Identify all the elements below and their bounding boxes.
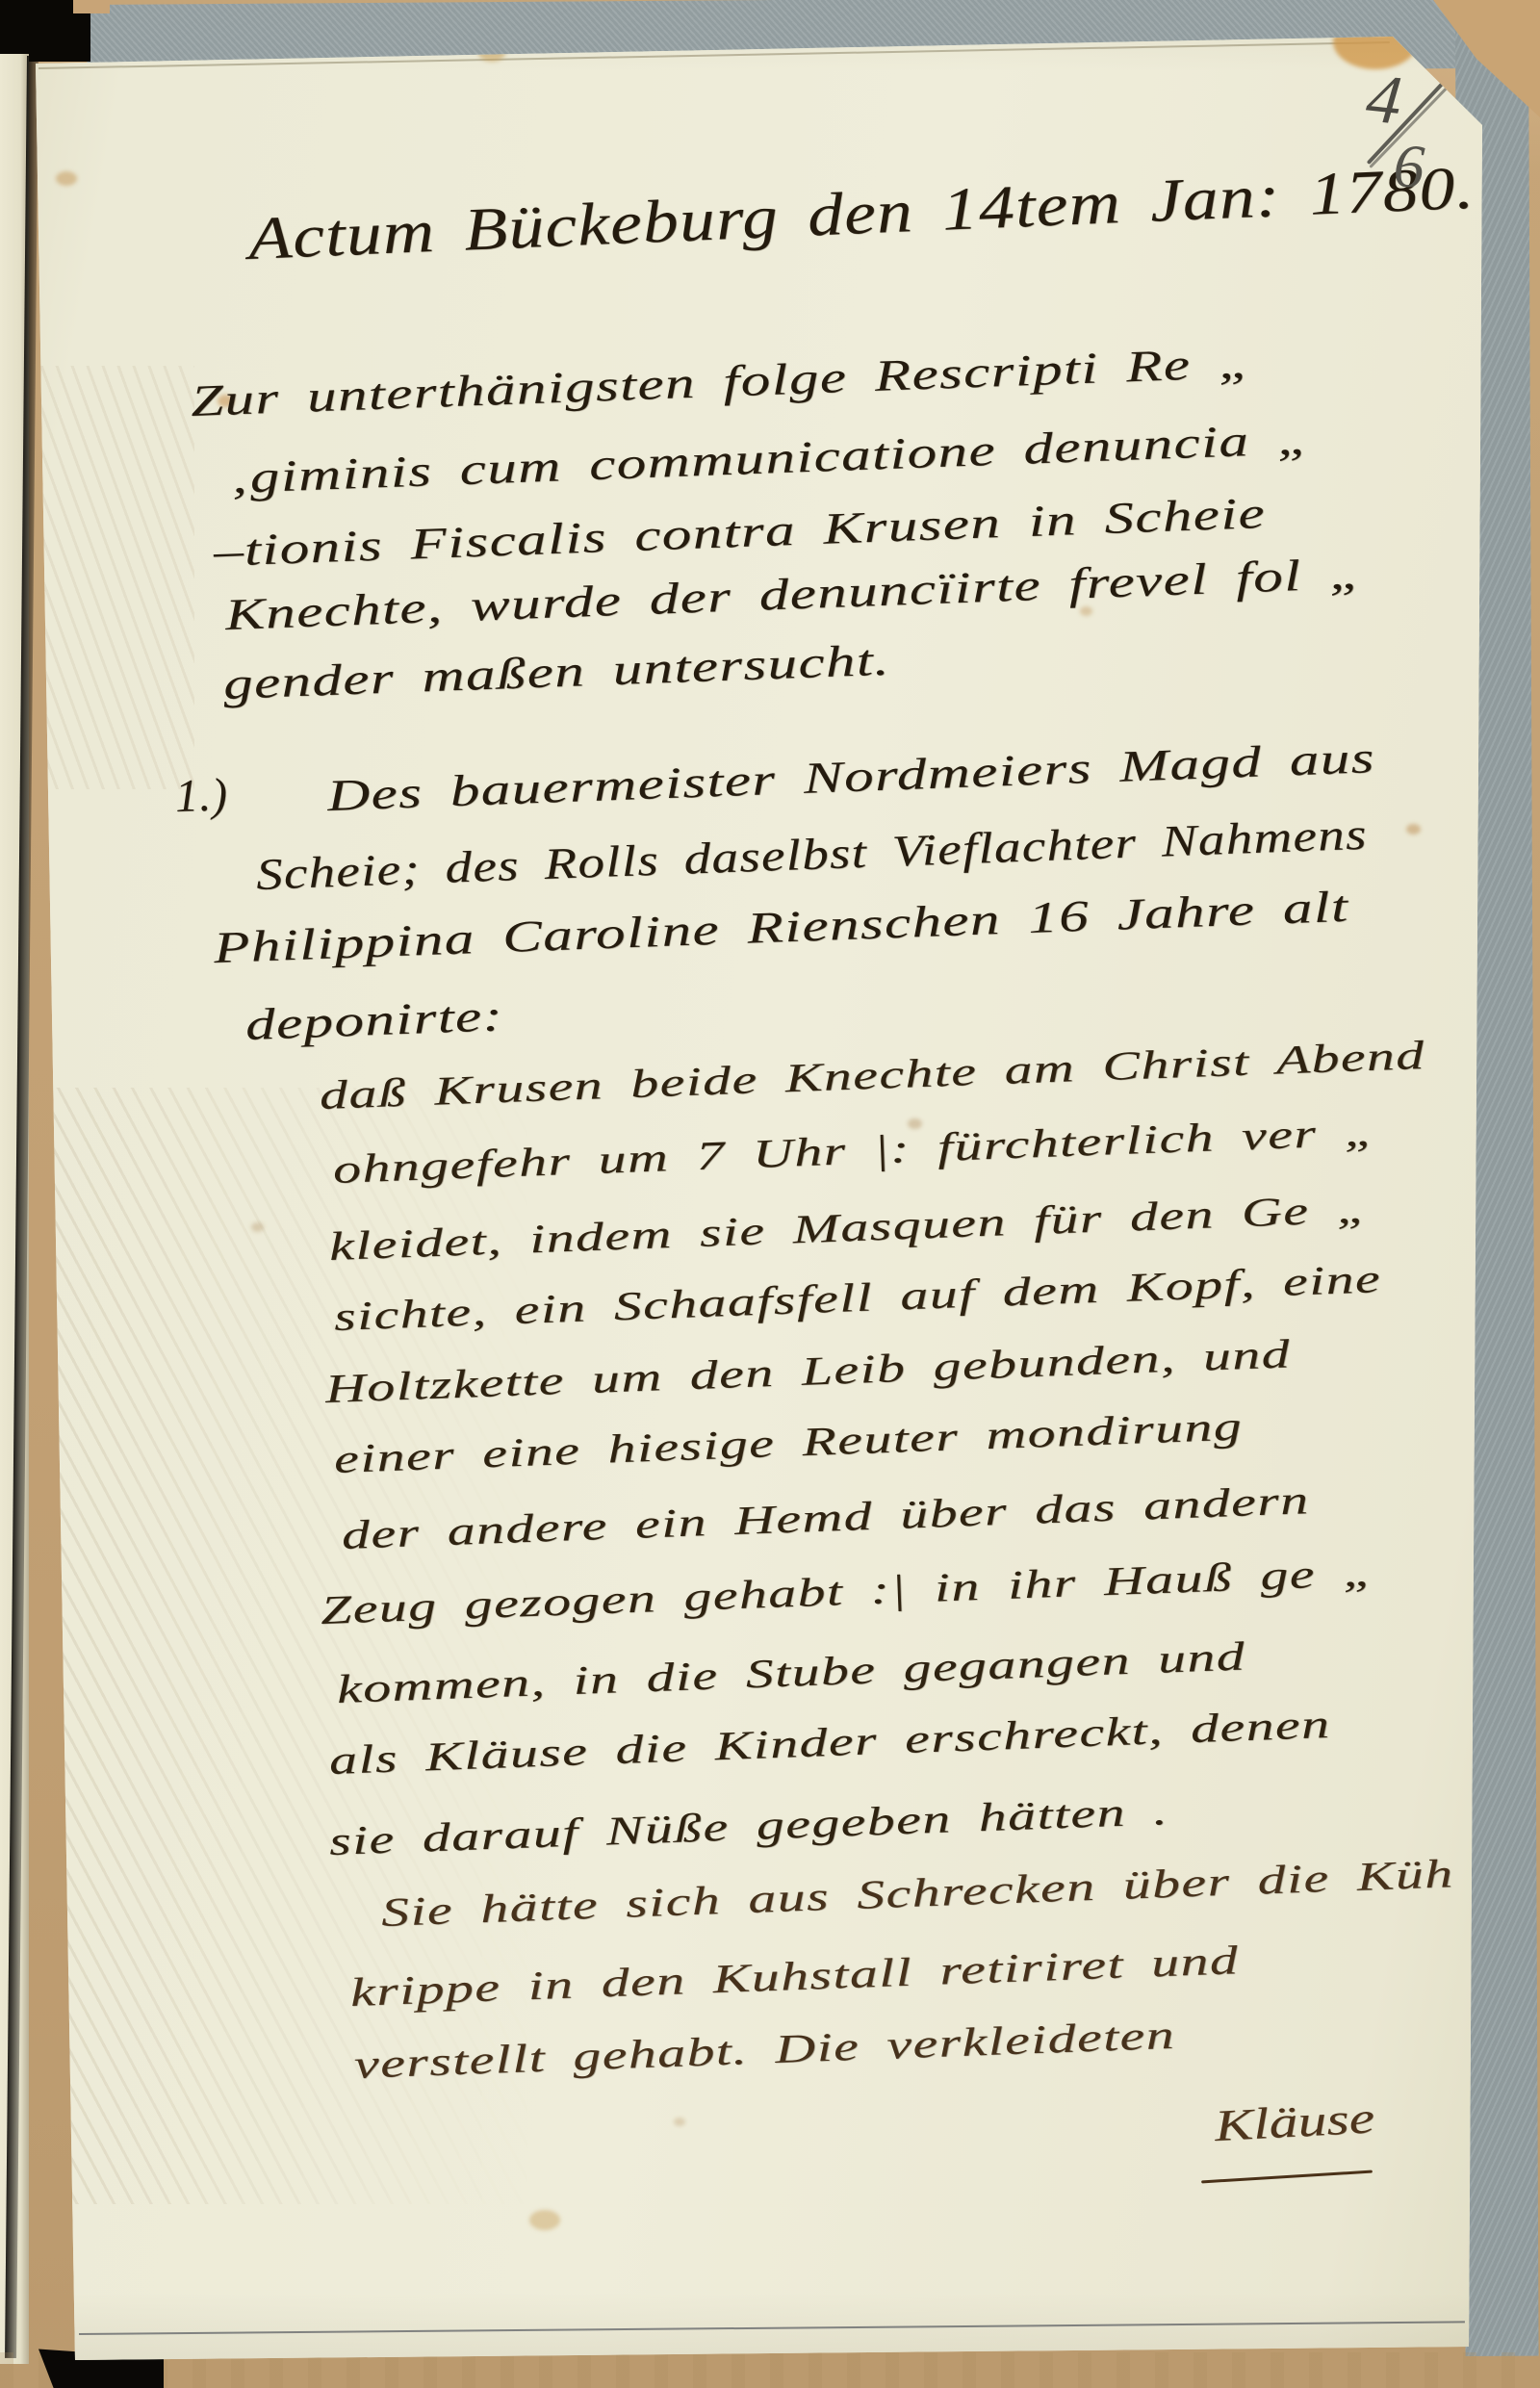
manuscript-line: einer eine hiesige Reuter mondirung	[333, 1403, 1244, 1483]
page-bottom-edge	[79, 2321, 1465, 2335]
manuscript-line: ohngefehr um 7 Uhr |: fürchterlich ver „	[332, 1109, 1377, 1194]
foxing-spot	[56, 171, 77, 186]
paper-sheet: Actum Bückeburg den 14tem Jan: 1780. Zur…	[0, 0, 1540, 2388]
catchword: Kläuse	[1214, 2092, 1376, 2151]
manuscript-line: sie darauf Nüße gegeben hätten .	[328, 1788, 1169, 1865]
document-heading: Actum Bückeburg den 14tem Jan: 1780.	[246, 153, 1476, 274]
manuscript-line: der andere ein Hemd über das andern	[341, 1477, 1310, 1559]
manuscript-line: krippe in den Kuhstall retiriret und	[349, 1938, 1240, 2016]
folio-number: 6	[1392, 130, 1426, 203]
foxing-spot	[251, 1222, 264, 1232]
foxing-spot	[1406, 824, 1421, 835]
ink-bleedthrough	[40, 366, 194, 789]
manuscript-line: Sie hätte sich aus Schrecken über die Kü…	[380, 1849, 1514, 1937]
item-number: 1.)	[174, 768, 229, 823]
foxing-spot	[529, 2210, 560, 2230]
manuscript-line: ‚giminis cum communicatione denuncia „	[228, 413, 1312, 503]
manuscript-line: Holtzkette um den Leib gebunden, und	[324, 1331, 1292, 1413]
manuscript-line: verstellt gehabt. Die verkleideten	[353, 2013, 1176, 2089]
manuscript-line: gender maßen untersucht.	[222, 634, 891, 709]
manuscript-line: Des bauermeister Nordmeiers Magd aus	[326, 732, 1376, 821]
manuscript-line: daß Krusen beide Knechte am Christ Abend	[319, 1033, 1425, 1119]
manuscript-line: deponirte:	[244, 989, 504, 1050]
manuscript-line: sichte, ein Schaafsfell auf dem Kopf, ei…	[333, 1256, 1382, 1341]
scanned-manuscript-page: Actum Bückeburg den 14tem Jan: 1780. Zur…	[0, 0, 1540, 2388]
catchword-underline	[1201, 2170, 1373, 2184]
manuscript-line: als Kläuse die Kinder erschreckt, denen	[328, 1702, 1331, 1785]
paper-fragment	[73, 0, 110, 13]
manuscript-line: Zur unterthänigsten folge Rescripti Re „	[190, 337, 1253, 426]
manuscript-line: kleidet, indem sie Masquen für den Ge „	[328, 1186, 1370, 1271]
foxing-spot	[674, 2118, 685, 2126]
manuscript-line: Zeug gezogen gehabt :| in ihr Hauß ge „	[320, 1550, 1375, 1634]
manuscript-line: kommen, in die Stube gegangen und	[336, 1633, 1246, 1713]
